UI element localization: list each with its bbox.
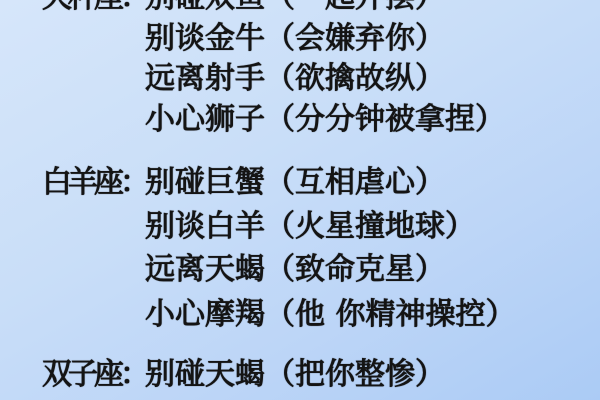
advice-text: 别碰巨蟹（互相虐心） <box>145 163 445 203</box>
advice-text: 别谈金牛（会嫌弃你） <box>145 19 445 59</box>
sign-label: 白羊座： <box>42 163 145 203</box>
advice-text: 远离天蝎（致命克星） <box>145 250 445 290</box>
advice-text: 远离射手（欲擒故纵） <box>145 59 445 99</box>
zodiac-line: 别谈金牛（会嫌弃你） <box>145 19 445 59</box>
advice-text: 别碰双鱼（一起开摆） <box>145 0 445 18</box>
zodiac-line: 天秤座： 别碰双鱼（一起开摆） <box>42 0 445 18</box>
advice-text: 小心狮子（分分钟被拿捏） <box>145 100 505 140</box>
zodiac-line: 白羊座： 别碰巨蟹（互相虐心） <box>42 163 445 203</box>
zodiac-line: 别谈白羊（火星撞地球） <box>145 207 475 247</box>
sign-label: 天秤座： <box>42 0 145 18</box>
sign-label: 双子座： <box>42 355 145 395</box>
advice-text: 小心摩羯（他 你精神操控） <box>145 295 515 335</box>
zodiac-line: 远离射手（欲擒故纵） <box>145 59 445 99</box>
zodiac-line: 小心摩羯（他 你精神操控） <box>145 295 515 335</box>
advice-text: 别谈白羊（火星撞地球） <box>145 207 475 247</box>
advice-text: 别碰天蝎（把你整惨） <box>145 355 445 395</box>
zodiac-line: 小心狮子（分分钟被拿捏） <box>145 100 505 140</box>
zodiac-line: 双子座： 别碰天蝎（把你整惨） <box>42 355 445 395</box>
zodiac-line: 远离天蝎（致命克星） <box>145 250 445 290</box>
